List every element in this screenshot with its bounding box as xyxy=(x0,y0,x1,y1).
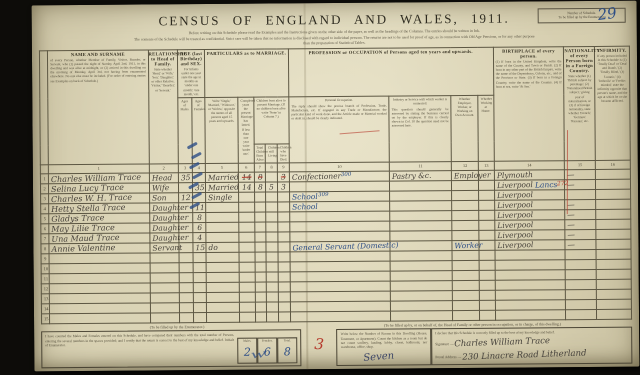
cell-age-male: 35 xyxy=(178,173,192,183)
cell-marital-status: Married xyxy=(206,182,239,192)
cell-nationality: — xyxy=(565,220,596,230)
signature-label: Signature — xyxy=(435,342,453,346)
col-children-living-header: Children still Living. xyxy=(266,144,278,164)
col-employer-header: Whether Employer, Worker, or Working on … xyxy=(451,95,479,162)
col-children-died-header: Children who have Died. xyxy=(277,144,289,164)
signature-handwritten: Charles William Trace xyxy=(454,336,550,350)
cell-age-male xyxy=(179,283,193,293)
col-birthplace-header: BIRTHPLACE of every person.(1) If born i… xyxy=(493,47,565,162)
cell-age-female: 6 xyxy=(192,223,206,233)
cell-industry xyxy=(391,311,453,321)
cell-birthplace xyxy=(495,250,566,261)
cell-marital-status xyxy=(206,272,239,282)
cell-infirmity xyxy=(597,299,632,309)
cell-infirmity xyxy=(596,239,631,249)
col-occupation-group-header: PROFESSION or OCCUPATION of Persons aged… xyxy=(288,47,493,96)
cell-years-married xyxy=(239,252,254,262)
cell-name xyxy=(50,313,150,324)
cell-years-married xyxy=(239,242,254,252)
cell-children-died xyxy=(278,202,290,212)
cell-at-home xyxy=(479,270,494,280)
cell-employment xyxy=(452,191,479,201)
red-check-line xyxy=(567,130,569,214)
red-tally-number: 3 xyxy=(300,328,338,367)
cell-nationality xyxy=(566,280,597,290)
cell-employment xyxy=(452,201,479,211)
cell-birthplace: Liverpool xyxy=(494,200,565,211)
cell-nationality: — xyxy=(565,200,596,210)
cell-infirmity xyxy=(596,199,631,209)
cell-years-married xyxy=(240,292,255,302)
cell-relationship: Son xyxy=(149,193,179,203)
cell-children-born: 8 xyxy=(254,182,266,192)
cell-relationship: Servant xyxy=(150,243,180,253)
cell-children-born xyxy=(255,302,267,312)
cell-years-married xyxy=(239,212,254,222)
cell-children-died xyxy=(278,192,290,202)
cell-industry xyxy=(390,191,452,201)
cell-row-number: 10 xyxy=(41,264,49,274)
col-marital-status-header: Write 'Single,' 'Married,' 'Widower,' or… xyxy=(205,97,239,164)
cell-years-married xyxy=(239,282,254,292)
cell-industry xyxy=(390,241,452,251)
cell-employment: Worker xyxy=(452,241,479,251)
cell-years-married xyxy=(239,272,254,282)
cell-years-married xyxy=(240,302,255,312)
census-schedule-scan: Number of Schedule. To be filled up by t… xyxy=(32,1,640,372)
cell-birthplace xyxy=(495,290,566,301)
cell-years-married xyxy=(239,202,254,212)
cell-row-number: 5 xyxy=(41,214,49,224)
enumerator-box: I have counted the Males and Females ent… xyxy=(41,329,301,368)
schedule-number-stamp: Number of Schedule. To be filled up by t… xyxy=(538,8,626,23)
cell-at-home xyxy=(479,250,494,260)
cell-relationship xyxy=(150,313,180,323)
cell-infirmity xyxy=(596,179,631,189)
cell-children-living xyxy=(266,262,278,272)
cell-employment xyxy=(452,231,479,241)
cell-relationship xyxy=(150,273,180,283)
cell-nationality xyxy=(566,310,597,320)
cell-children-living xyxy=(266,172,278,182)
rooms-value-handwritten: Seven xyxy=(363,349,395,364)
cell-marital-status xyxy=(206,202,239,212)
cell-age-male xyxy=(179,273,193,283)
cell-marital-status: Married xyxy=(206,172,239,182)
cell-infirmity xyxy=(596,209,631,219)
cell-years-married xyxy=(239,222,254,232)
cell-industry xyxy=(390,211,452,221)
cell-relationship: Daughter xyxy=(149,213,179,223)
cell-children-died xyxy=(279,302,291,312)
cell-relationship xyxy=(150,263,180,273)
cell-infirmity xyxy=(596,269,631,279)
cell-children-living xyxy=(266,252,278,262)
cell-infirmity xyxy=(596,289,631,299)
cell-age-male: 12 xyxy=(179,193,193,203)
count-boxes: Males.2 Females.6 Total.8 xyxy=(237,333,297,364)
cell-row-number: 4 xyxy=(41,204,49,214)
cell-industry xyxy=(390,221,452,231)
cell-age-male xyxy=(179,293,193,303)
cell-industry xyxy=(391,301,453,311)
cell-infirmity xyxy=(596,259,631,269)
cell-at-home xyxy=(479,260,494,270)
cell-children-born xyxy=(255,292,267,302)
cell-marital-status: do xyxy=(206,242,239,252)
col-years-married-header: Completed years the present Marriage has… xyxy=(238,97,254,164)
cell-birthplace: Plymouth xyxy=(494,170,565,181)
cell-children-died xyxy=(278,262,290,272)
cell-row-number: 3 xyxy=(41,194,49,204)
cell-nationality xyxy=(566,290,597,300)
cell-relationship xyxy=(150,253,180,263)
cell-age-male xyxy=(180,313,194,323)
cell-employment xyxy=(452,271,479,281)
cell-row-number: 1 xyxy=(40,174,48,184)
cell-age-female: 4 xyxy=(192,233,206,243)
cell-children-died xyxy=(278,272,290,282)
cell-children-born xyxy=(255,262,267,272)
cell-marital-status xyxy=(206,262,239,272)
cell-row-number: 9 xyxy=(41,254,49,264)
cell-infirmity xyxy=(595,169,630,179)
cell-row-number: 7 xyxy=(41,234,49,244)
cell-employment xyxy=(452,211,479,221)
cell-row-number: 8 xyxy=(41,244,49,254)
cell-children-died xyxy=(278,252,290,262)
cell-birthplace: Liverpool xyxy=(495,240,566,251)
cell-relationship: Daughter xyxy=(149,223,179,233)
cell-infirmity xyxy=(597,309,632,319)
cell-children-born xyxy=(254,232,266,242)
col-infirmity-header: INFIRMITY.If any person included in this… xyxy=(595,46,631,160)
cell-children-living xyxy=(267,312,279,322)
cell-age-female xyxy=(193,293,207,303)
cell-nationality: — xyxy=(565,210,596,220)
cell-row-number: 12 xyxy=(41,284,49,294)
cell-industry xyxy=(390,281,452,291)
cell-age-male xyxy=(179,263,193,273)
cell-relationship xyxy=(150,283,180,293)
total-count-value: 8 xyxy=(278,345,296,359)
cell-row-number: 6 xyxy=(41,224,49,234)
cell-birthplace xyxy=(495,270,566,281)
cell-relationship xyxy=(150,303,180,313)
cell-children-living xyxy=(266,232,278,242)
cell-infirmity xyxy=(596,189,631,199)
cell-industry xyxy=(390,271,452,281)
cell-industry xyxy=(390,231,452,241)
cell-industry xyxy=(390,201,452,211)
total-count-cell: Total.8 xyxy=(277,337,297,363)
cell-at-home xyxy=(479,210,494,220)
cell-children-living xyxy=(266,242,278,252)
cell-nationality: — xyxy=(565,240,596,250)
cell-years-married xyxy=(239,192,254,202)
cell-industry xyxy=(390,251,452,261)
enumerator-text: I have counted the Males and Females ent… xyxy=(45,333,234,365)
cell-nationality xyxy=(566,270,597,280)
cell-employment xyxy=(452,181,479,191)
cell-years-married xyxy=(240,312,255,322)
cell-nationality: — xyxy=(565,170,596,180)
cell-marital-status xyxy=(207,292,240,302)
col-age-males-header: Ages of Males. xyxy=(178,97,192,164)
cell-children-living xyxy=(266,192,278,202)
col-industry-header: Industry or Service with which worker is… xyxy=(389,95,451,162)
cell-industry: Pastry &c. xyxy=(390,171,452,181)
cell-years-married xyxy=(239,232,254,242)
footer-section: (To be filled up by the Enumerator.) (To… xyxy=(41,322,632,368)
rooms-text: Write below the Number of Rooms in this … xyxy=(341,331,428,349)
col-relationship-header: RELATIONSHIP to Head of Family.State whe… xyxy=(148,50,178,164)
cell-birthplace xyxy=(495,300,566,311)
cell-industry xyxy=(390,181,452,191)
cell-row-number: 2 xyxy=(40,184,48,194)
cell-children-died: 3 xyxy=(278,182,290,192)
cell-age-female: 15 xyxy=(193,243,207,253)
cell-at-home xyxy=(480,300,495,310)
cell-occupation xyxy=(290,311,390,322)
rooms-box: Write below the Number of Rooms in this … xyxy=(337,328,432,365)
cell-marital-status xyxy=(206,232,239,242)
cell-marital-status xyxy=(206,212,239,222)
cell-row-number: 15 xyxy=(41,314,49,324)
cell-children-born xyxy=(254,212,266,222)
cell-age-female: 8 xyxy=(192,213,206,223)
cell-infirmity xyxy=(596,249,631,259)
col-children-group-header: Children born alive to present Marriage.… xyxy=(253,97,289,144)
address-handwritten: 230 Linacre Road Litherland xyxy=(462,348,586,363)
cell-infirmity xyxy=(596,279,631,289)
cell-children-born xyxy=(254,222,266,232)
cell-industry xyxy=(390,261,452,271)
cell-at-home xyxy=(479,200,494,210)
enumerator-initials-scrawl: w xyxy=(250,346,267,363)
cell-children-born xyxy=(254,192,266,202)
schedule-number-handwritten: 29 xyxy=(596,4,617,25)
cell-children-living: 5 xyxy=(266,182,278,192)
cell-years-married xyxy=(239,262,254,272)
cell-marital-status xyxy=(206,252,239,262)
cell-children-born: 8 xyxy=(254,172,266,182)
cell-children-living xyxy=(267,292,279,302)
cell-relationship: Head xyxy=(149,173,179,183)
form-sheet: Number of Schedule. To be filled up by t… xyxy=(39,5,633,366)
cell-children-born xyxy=(254,242,266,252)
cell-relationship: Daughter xyxy=(149,203,179,213)
col-name-header: NAME AND SURNAMEof every Person, whether… xyxy=(48,50,149,165)
cell-employment xyxy=(453,301,480,311)
cell-children-living xyxy=(267,302,279,312)
col-personal-occupation-header: Personal Occupation.The reply should sho… xyxy=(289,96,390,163)
cell-relationship xyxy=(150,293,180,303)
cell-children-born xyxy=(255,282,267,292)
cell-relationship: Daughter xyxy=(149,233,179,243)
cell-children-died: 3 xyxy=(278,172,290,182)
cell-age-female xyxy=(193,263,207,273)
cell-age-female xyxy=(193,303,207,313)
cell-marital-status xyxy=(207,312,240,322)
cell-employment xyxy=(453,291,480,301)
cell-nationality xyxy=(566,300,597,310)
cell-children-living xyxy=(266,212,278,222)
cell-birthplace: Liverpool xyxy=(494,220,565,231)
cell-infirmity xyxy=(596,219,631,229)
cell-marital-status: Single xyxy=(206,192,239,202)
cell-age-female xyxy=(193,273,207,283)
cell-children-died xyxy=(278,242,290,252)
cell-relationship: Wife xyxy=(149,183,179,193)
cell-children-born xyxy=(255,312,267,322)
cell-at-home xyxy=(480,290,495,300)
col-children-born-header: Total Children Born Alive. xyxy=(254,144,266,164)
declaration-text: I declare that this Schedule is correctl… xyxy=(435,330,628,336)
col-nationality-header: NATIONALITY of every Person born in a Fo… xyxy=(564,46,596,160)
cell-age-male xyxy=(179,303,193,313)
cell-nationality xyxy=(565,250,596,260)
census-table: NAME AND SURNAMEof every Person, whether… xyxy=(39,46,632,325)
cell-children-died xyxy=(278,292,290,302)
cell-children-died xyxy=(279,312,291,322)
cell-children-died xyxy=(278,212,290,222)
cell-nationality: — xyxy=(565,230,596,240)
cell-birthplace xyxy=(495,260,566,271)
cell-birthplace: Liverpool xyxy=(494,210,565,221)
census-table-body: 1 Charles William Trace Head 35 Married … xyxy=(40,169,631,324)
cell-industry xyxy=(391,291,453,301)
declaration-box: I declare that this Schedule is correctl… xyxy=(431,327,632,365)
col-athome-header: Whether Working at Home. xyxy=(478,95,494,162)
cell-employment xyxy=(452,221,479,231)
cell-age-female xyxy=(193,313,207,323)
cell-employment: Employer xyxy=(452,171,479,181)
col-marriage-group-header: PARTICULARS as to MARRIAGE. xyxy=(205,49,289,97)
cell-birthplace xyxy=(495,280,566,291)
cell-children-born xyxy=(255,252,267,262)
cell-marital-status xyxy=(207,302,240,312)
cell-children-living xyxy=(267,272,279,282)
cell-children-died xyxy=(278,232,290,242)
cell-years-married: 14 xyxy=(239,172,254,182)
col-age-group-header: AGE (last Birthday) and SEX.For Infants … xyxy=(177,50,204,98)
cell-birthplace xyxy=(495,310,566,321)
cell-employment xyxy=(453,311,480,321)
cell-marital-status xyxy=(206,282,239,292)
cell-children-born xyxy=(255,272,267,282)
cell-children-born xyxy=(254,202,266,212)
cell-employment xyxy=(452,281,479,291)
cell-employment xyxy=(452,251,479,261)
address-label: Postal Address — xyxy=(435,355,461,359)
cell-children-living xyxy=(266,202,278,212)
cell-at-home xyxy=(479,220,494,230)
cell-nationality xyxy=(566,260,597,270)
cell-birthplace: Liverpool Lancs272 xyxy=(494,180,565,191)
cell-nationality xyxy=(565,190,596,200)
cell-infirmity xyxy=(596,229,631,239)
cell-children-died xyxy=(278,282,290,292)
cell-age-female xyxy=(193,283,207,293)
cell-age-female xyxy=(193,253,207,263)
cell-marital-status xyxy=(206,222,239,232)
cell-row-number: 14 xyxy=(41,304,49,314)
census-table-wrap: NAME AND SURNAMEof every Person, whether… xyxy=(39,46,632,325)
cell-nationality: — xyxy=(565,180,596,190)
cell-at-home xyxy=(480,280,495,290)
cell-children-died xyxy=(278,222,290,232)
cell-at-home xyxy=(479,180,494,190)
cell-children-living xyxy=(267,282,279,292)
cell-years-married: 14 xyxy=(239,182,254,192)
cell-row-number: 13 xyxy=(41,294,49,304)
cell-children-living xyxy=(266,222,278,232)
cell-at-home xyxy=(480,310,495,320)
cell-birthplace: Liverpool xyxy=(494,230,565,241)
cell-birthplace: Liverpool xyxy=(494,190,565,201)
cell-at-home xyxy=(479,190,494,200)
cell-row-number: 11 xyxy=(41,274,49,284)
cell-employment xyxy=(452,261,479,271)
cell-age-male xyxy=(179,253,193,263)
cell-at-home xyxy=(479,230,494,240)
